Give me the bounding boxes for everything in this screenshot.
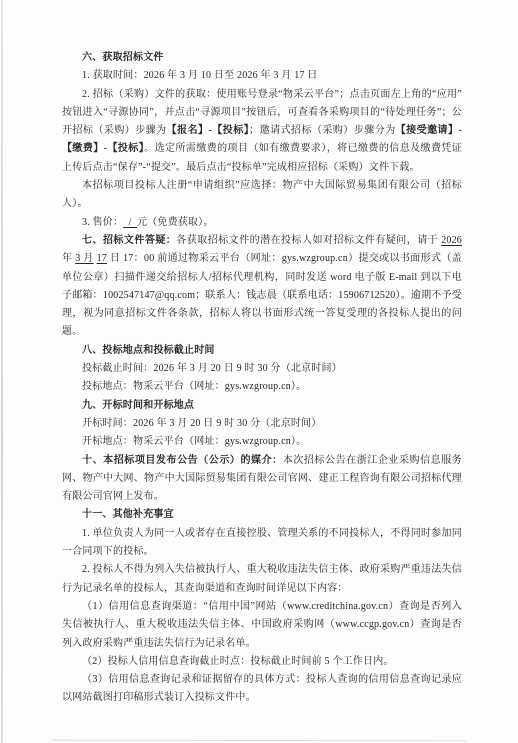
text-run: 投标地点：物采云平台（网址：gys.wzgroup.cn）。 bbox=[82, 381, 306, 392]
paragraph-obtain-time: 1. 获取时间：2026 年 3 月 10 日至 2026 年 3 月 17 日 bbox=[62, 67, 462, 85]
scan-bottom-edge bbox=[52, 740, 467, 742]
text-run: 各获取招标文件的潜在投标人如对招标文件有疑问，请于 bbox=[176, 235, 441, 246]
text-run: 九、开标时间和开标地点 bbox=[82, 400, 194, 411]
text-run: 十一、其他补充事宜 bbox=[82, 509, 174, 520]
text-run: （3）信用信息查询记录和证据留存的具体方式：投标人查询的信用信息查询记录应以网站… bbox=[62, 674, 462, 703]
text-run: / bbox=[123, 217, 137, 228]
text-run: 投标截止时间：2026 年 3 月 20 日 9 时 30 分（北京时间） bbox=[82, 363, 342, 374]
paragraph-credit-query-deadline: （2）投标人信用信息查询截止时点：投标截止时间前 5 个工作日内。 bbox=[62, 653, 462, 671]
paragraph-open-time: 开标时间：2026 年 3 月 20 日 9 时 30 分（北京时间） bbox=[62, 415, 462, 433]
paragraph-bid-place: 投标地点：物采云平台（网址：gys.wzgroup.cn）。 bbox=[62, 378, 462, 396]
text-run: 元（免费获取）。 bbox=[137, 217, 214, 228]
paragraph-credit-query-channel: （1）信用信息查询渠道：“信用中国”网站（www.creditchina.gov… bbox=[62, 598, 462, 653]
document-body: 六、获取招标文件1. 获取时间：2026 年 3 月 10 日至 2026 年 … bbox=[62, 49, 462, 708]
paragraph-obtain-method: 2. 招标（采购）文件的获取：使用账号登录“物采云平台”；点击页面左上角的“应用… bbox=[62, 86, 462, 177]
paragraph-section-7-qa: 七、招标文件答疑：各获取招标文件的潜在投标人如对招标文件有疑问，请于 2026 … bbox=[62, 232, 462, 342]
paragraph-register-org-note: 本招标项目投标人注册“申请组织”应选择：物产中大国际贸易集团有限公司（招标人）。 bbox=[62, 177, 462, 214]
text-run: 2026 bbox=[441, 235, 462, 246]
text-run: 六、获取招标文件 bbox=[82, 52, 164, 63]
text-run: 1. 单位负责人为同一人或者存在直接控股、管理关系的不同投标人，不得同时参加同一… bbox=[62, 528, 462, 557]
paragraph-section-11-heading: 十一、其他补充事宜 bbox=[62, 506, 462, 524]
paragraph-open-place: 开标地点：物采云平台（网址：gys.wzgroup.cn）。 bbox=[62, 433, 462, 451]
text-run: 十、本招标项目发布公告（公示）的媒介： bbox=[82, 455, 283, 466]
text-run: ；邀请式招标（采购）步骤分为 bbox=[249, 125, 396, 136]
text-run: 3 月 bbox=[75, 253, 93, 264]
paragraph-price: 3. 售价： / 元（免费获取）。 bbox=[62, 214, 462, 232]
text-run: 年 bbox=[62, 253, 75, 264]
text-run: 七、招标文件答疑： bbox=[82, 235, 176, 246]
paragraph-bid-deadline: 投标截止时间：2026 年 3 月 20 日 9 时 30 分（北京时间） bbox=[62, 360, 462, 378]
paragraph-credit-query-record: （3）信用信息查询记录和证据留存的具体方式：投标人查询的信用信息查询记录应以网站… bbox=[62, 671, 462, 708]
paragraph-section-10-media: 十、本招标项目发布公告（公示）的媒介：本次招标公告在浙江企业采购信息服务网、物产… bbox=[62, 452, 462, 507]
paragraph-section-8-heading: 八、投标地点和投标截止时间 bbox=[62, 342, 462, 360]
text-run: 八、投标地点和投标截止时间 bbox=[82, 345, 215, 356]
text-run: 2. 投标人不得为列入失信被执行人、重大税收违法失信主体、政府采购严重违法失信行… bbox=[62, 564, 462, 593]
text-run: 1. 获取时间：2026 年 3 月 10 日至 2026 年 3 月 17 日 bbox=[82, 70, 318, 81]
text-run: （2）投标人信用信息查询截止时点：投标截止时间前 5 个工作日内。 bbox=[82, 656, 394, 667]
paragraph-section-9-heading: 九、开标时间和开标地点 bbox=[62, 397, 462, 415]
text-run: 【报名】-【投标】 bbox=[167, 125, 250, 136]
paragraph-supp-item-1: 1. 单位负责人为同一人或者存在直接控股、管理关系的不同投标人，不得同时参加同一… bbox=[62, 525, 462, 562]
paragraph-section-6-heading: 六、获取招标文件 bbox=[62, 49, 462, 67]
text-run: 开标地点：物采云平台（网址：gys.wzgroup.cn）。 bbox=[82, 436, 306, 447]
paragraph-supp-item-2: 2. 投标人不得为列入失信被执行人、重大税收违法失信主体、政府采购严重违法失信行… bbox=[62, 561, 462, 598]
text-run: 开标时间：2026 年 3 月 20 日 9 时 30 分（北京时间） bbox=[82, 418, 322, 429]
text-run: 17 bbox=[97, 253, 107, 264]
document-page: 六、获取招标文件1. 获取时间：2026 年 3 月 10 日至 2026 年 … bbox=[0, 0, 518, 743]
text-run: 本招标项目投标人注册“申请组织”应选择：物产中大国际贸易集团有限公司（招标人）。 bbox=[62, 180, 462, 209]
scan-left-edge bbox=[1, 0, 3, 743]
text-run: 3. 售价： bbox=[82, 217, 123, 228]
text-run: 日 17：00 前通过物采云平台（网址：gys.wzgroup.cn）提交或以书… bbox=[62, 253, 462, 337]
text-run: （1）信用信息查询渠道：“信用中国”网站（www.creditchina.gov… bbox=[62, 601, 462, 649]
